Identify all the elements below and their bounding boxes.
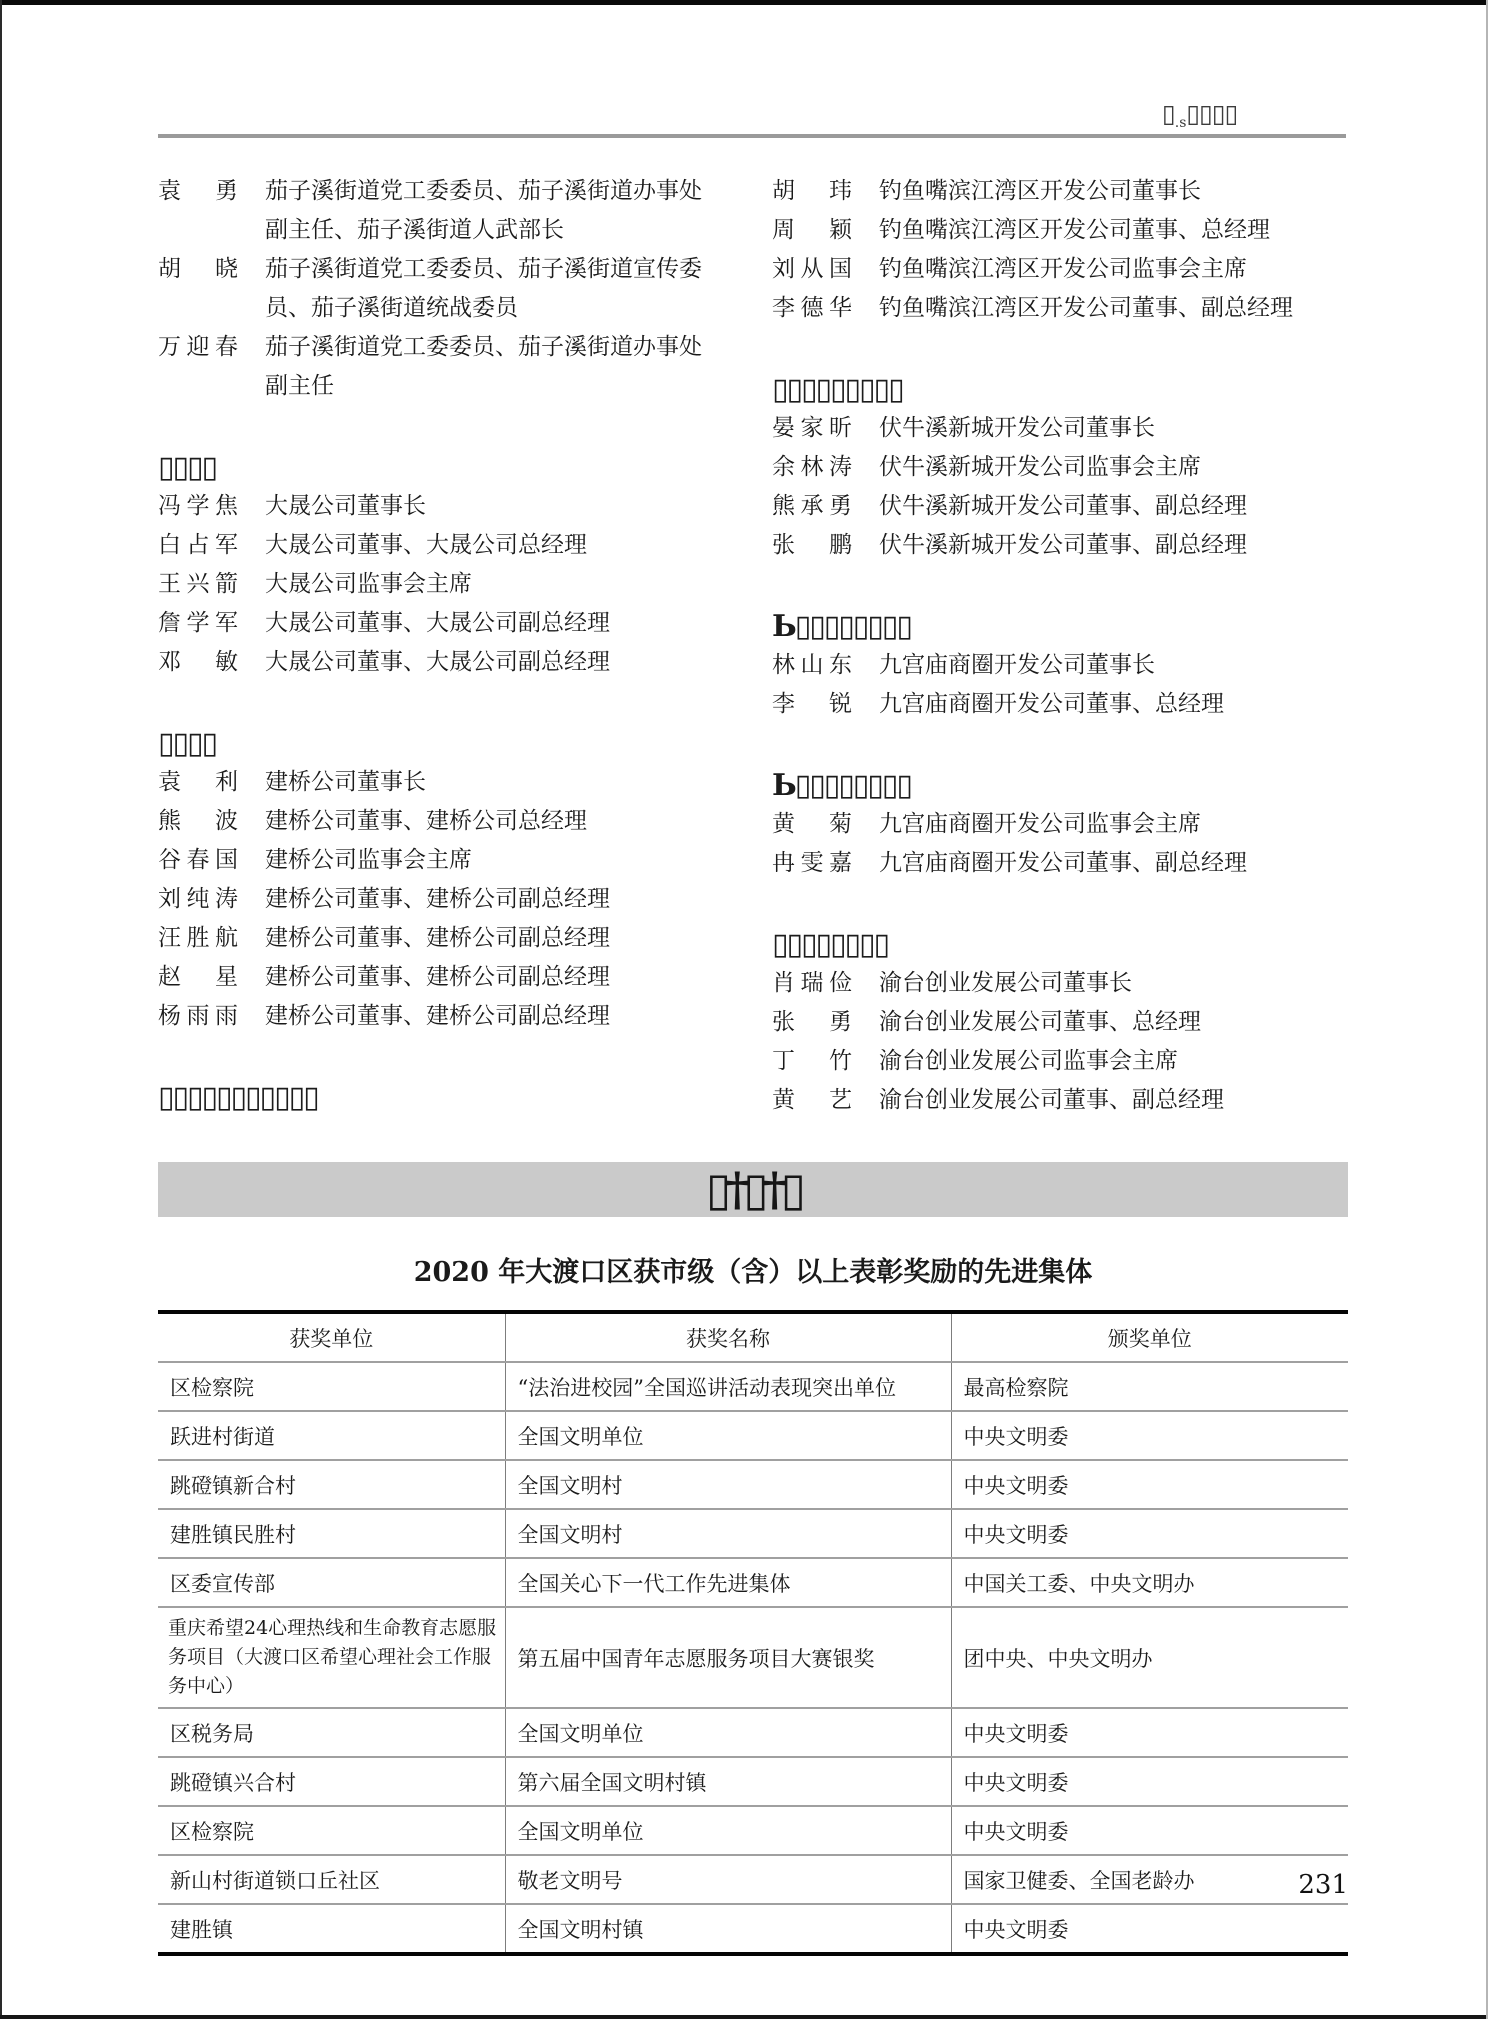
person-group: 袁 勇茄子溪街道党工委委员、茄子溪街道办事处副主任、茄子溪街道人武部长胡 晓茄子…	[158, 172, 718, 406]
column-header-unit: 获奖单位	[158, 1312, 505, 1362]
person-role: 大晟公司董事长	[265, 487, 718, 526]
person-name: 熊 波	[158, 802, 238, 841]
person-name: 周 颖	[772, 211, 852, 250]
person-entry: 汪胜航建桥公司董事、建桥公司副总经理	[158, 919, 718, 958]
person-entry: 刘从国钓鱼嘴滨江湾区开发公司监事会主席	[772, 250, 1348, 289]
person-role: 建桥公司董事、建桥公司副总经理	[265, 958, 718, 997]
person-name: 邓 敏	[158, 643, 238, 682]
person-name: 刘纯涛	[158, 880, 238, 919]
person-name: 王兴箭	[158, 565, 238, 604]
person-role: 渝台创业发展公司董事、总经理	[879, 1003, 1348, 1042]
running-header-box: ▯	[1162, 99, 1175, 128]
cell-unit: 区税务局	[158, 1708, 505, 1757]
person-role: 建桥公司董事、建桥公司副总经理	[265, 997, 718, 1036]
section-header: ▯▯▯▯▯▯▯▯▯	[772, 370, 1348, 409]
person-entry: 詹学军大晟公司董事、大晟公司副总经理	[158, 604, 718, 643]
person-name: 胡 晓	[158, 250, 238, 328]
person-role: 大晟公司监事会主席	[265, 565, 718, 604]
cell-issuer: 团中央、中央文明办	[951, 1607, 1348, 1708]
person-entry: 胡 晓茄子溪街道党工委委员、茄子溪街道宣传委员、茄子溪街道统战委员	[158, 250, 718, 328]
person-group: ▯▯▯▯袁 利建桥公司董事长熊 波建桥公司董事、建桥公司总经理谷春国建桥公司监事…	[158, 724, 718, 1036]
cell-award: 全国关心下一代工作先进集体	[505, 1558, 951, 1607]
person-name: 冯学焦	[158, 487, 238, 526]
person-role: 大晟公司董事、大晟公司副总经理	[265, 643, 718, 682]
table-row: 区委宣传部全国关心下一代工作先进集体中国关工委、中央文明办	[158, 1558, 1348, 1607]
person-role: 渝台创业发展公司董事、副总经理	[879, 1081, 1348, 1120]
person-role: 大晟公司董事、大晟公司总经理	[265, 526, 718, 565]
person-name: 刘从国	[772, 250, 852, 289]
person-entry: 丁 竹渝台创业发展公司监事会主席	[772, 1042, 1348, 1081]
person-name: 丁 竹	[772, 1042, 852, 1081]
awards-table: 获奖单位 获奖名称 颁奖单位 区检察院“法治进校园”全国巡讲活动表现突出单位最高…	[158, 1310, 1348, 1956]
awards-table-title: 2020 年大渡口区获市级（含）以上表彰奖励的先进集体	[158, 1253, 1348, 1292]
table-row: 跳磴镇兴合村第六届全国文明村镇中央文明委	[158, 1757, 1348, 1806]
cell-unit: 跃进村街道	[158, 1411, 505, 1460]
person-entry: 张 鹏伏牛溪新城开发公司董事、副总经理	[772, 526, 1348, 565]
person-name: 詹学军	[158, 604, 238, 643]
column-header-issuer: 颁奖单位	[951, 1312, 1348, 1362]
running-header-small-text: .s	[1175, 115, 1187, 131]
cell-award: 敬老文明号	[505, 1855, 951, 1904]
cell-issuer: 中央文明委	[951, 1904, 1348, 1954]
person-entry: 胡 玮钓鱼嘴滨江湾区开发公司董事长	[772, 172, 1348, 211]
cell-unit: 区委宣传部	[158, 1558, 505, 1607]
cell-unit: 重庆希望24心理热线和生命教育志愿服务项目（大渡口区希望心理社会工作服务中心）	[158, 1607, 505, 1708]
person-name: 黄 艺	[772, 1081, 852, 1120]
section-header: ▯▯▯▯▯▯▯▯	[772, 925, 1348, 964]
person-name: 张 鹏	[772, 526, 852, 565]
person-entry: 林山东九宫庙商圈开发公司董事长	[772, 646, 1348, 685]
cell-award: 第五届中国青年志愿服务项目大赛银奖	[505, 1607, 951, 1708]
header-rule	[158, 134, 1346, 138]
person-role: 建桥公司董事、建桥公司副总经理	[265, 880, 718, 919]
person-role: 建桥公司董事长	[265, 763, 718, 802]
person-entry: 谷春国建桥公司监事会主席	[158, 841, 718, 880]
person-role: 渝台创业发展公司监事会主席	[879, 1042, 1348, 1081]
person-entry: 熊 波建桥公司董事、建桥公司总经理	[158, 802, 718, 841]
cell-issuer: 中央文明委	[951, 1757, 1348, 1806]
person-entry: 杨雨雨建桥公司董事、建桥公司副总经理	[158, 997, 718, 1036]
cell-issuer: 中国关工委、中央文明办	[951, 1558, 1348, 1607]
person-role: 茄子溪街道党工委委员、茄子溪街道宣传委员、茄子溪街道统战委员	[265, 250, 718, 328]
person-name: 林山东	[772, 646, 852, 685]
cell-unit: 区检察院	[158, 1362, 505, 1411]
person-name: 熊承勇	[772, 487, 852, 526]
person-name: 胡 玮	[772, 172, 852, 211]
cell-award: 全国文明村	[505, 1509, 951, 1558]
person-entry: 周 颖钓鱼嘴滨江湾区开发公司董事、总经理	[772, 211, 1348, 250]
person-entry: 李 锐九宫庙商圈开发公司董事、总经理	[772, 685, 1348, 724]
person-name: 冉雯嘉	[772, 844, 852, 883]
person-entry: 袁 利建桥公司董事长	[158, 763, 718, 802]
person-entry: 熊承勇伏牛溪新城开发公司董事、副总经理	[772, 487, 1348, 526]
running-header: ▯.s▯▯▯▯	[1162, 99, 1352, 128]
cell-unit: 跳磴镇兴合村	[158, 1757, 505, 1806]
cell-unit: 新山村街道锁口丘社区	[158, 1855, 505, 1904]
person-group: ▯▯▯▯冯学焦大晟公司董事长白占军大晟公司董事、大晟公司总经理王兴箭大晟公司监事…	[158, 448, 718, 682]
person-role: 九宫庙商圈开发公司董事、副总经理	[879, 844, 1348, 883]
cell-issuer: 中央文明委	[951, 1806, 1348, 1855]
person-role: 伏牛溪新城开发公司董事、副总经理	[879, 526, 1348, 565]
person-entry: 肖瑞俭渝台创业发展公司董事长	[772, 964, 1348, 1003]
cell-unit: 跳磴镇新合村	[158, 1460, 505, 1509]
table-row: 跃进村街道全国文明单位中央文明委	[158, 1411, 1348, 1460]
person-role: 渝台创业发展公司董事长	[879, 964, 1348, 1003]
column-left: 袁 勇茄子溪街道党工委委员、茄子溪街道办事处副主任、茄子溪街道人武部长胡 晓茄子…	[158, 172, 718, 1120]
person-group: 胡 玮钓鱼嘴滨江湾区开发公司董事长周 颖钓鱼嘴滨江湾区开发公司董事、总经理刘从国…	[772, 172, 1348, 328]
page-edge-bottom	[0, 2015, 1488, 2019]
person-name: 汪胜航	[158, 919, 238, 958]
table-row: 建胜镇全国文明村镇中央文明委	[158, 1904, 1348, 1954]
person-entry: 余林涛伏牛溪新城开发公司监事会主席	[772, 448, 1348, 487]
person-entry: 邓 敏大晟公司董事、大晟公司副总经理	[158, 643, 718, 682]
person-entry: 袁 勇茄子溪街道党工委委员、茄子溪街道办事处副主任、茄子溪街道人武部长	[158, 172, 718, 250]
cell-award: 第六届全国文明村镇	[505, 1757, 951, 1806]
person-role: 九宫庙商圈开发公司董事长	[879, 646, 1348, 685]
table-row: 建胜镇民胜村全国文明村中央文明委	[158, 1509, 1348, 1558]
page-edge-left	[0, 0, 2, 2019]
person-name: 黄 菊	[772, 805, 852, 844]
section-header: Ь▯▯▯▯▯▯▯▯	[772, 766, 1348, 805]
table-row: 区税务局全国文明单位中央文明委	[158, 1708, 1348, 1757]
people-columns: 袁 勇茄子溪街道党工委委员、茄子溪街道办事处副主任、茄子溪街道人武部长胡 晓茄子…	[158, 172, 1348, 1120]
page-number: 231	[1240, 1870, 1348, 1900]
person-name: 赵 星	[158, 958, 238, 997]
person-group: Ь▯▯▯▯▯▯▯▯林山东九宫庙商圈开发公司董事长李 锐九宫庙商圈开发公司董事、总…	[772, 607, 1348, 724]
person-group: ▯▯▯▯▯▯▯▯▯▯▯	[158, 1078, 718, 1117]
person-role: 茄子溪街道党工委委员、茄子溪街道办事处副主任	[265, 328, 718, 406]
section-header: ▯▯▯▯	[158, 724, 718, 763]
table-row: 区检察院“法治进校园”全国巡讲活动表现突出单位最高检察院	[158, 1362, 1348, 1411]
section-header: ▯▯▯▯▯▯▯▯▯▯▯	[158, 1078, 718, 1117]
cell-award: 全国文明单位	[505, 1806, 951, 1855]
cell-issuer: 中央文明委	[951, 1411, 1348, 1460]
section-banner-title: ▯†▯†▯	[706, 1162, 800, 1217]
person-name: 余林涛	[772, 448, 852, 487]
awards-table-header-row: 获奖单位 获奖名称 颁奖单位	[158, 1312, 1348, 1362]
person-role: 钓鱼嘴滨江湾区开发公司监事会主席	[879, 250, 1348, 289]
section-banner: ▯†▯†▯	[158, 1162, 1348, 1217]
person-role: 钓鱼嘴滨江湾区开发公司董事长	[879, 172, 1348, 211]
person-entry: 刘纯涛建桥公司董事、建桥公司副总经理	[158, 880, 718, 919]
column-header-award: 获奖名称	[505, 1312, 951, 1362]
person-name: 谷春国	[158, 841, 238, 880]
person-entry: 晏家昕伏牛溪新城开发公司董事长	[772, 409, 1348, 448]
column-right: 胡 玮钓鱼嘴滨江湾区开发公司董事长周 颖钓鱼嘴滨江湾区开发公司董事、总经理刘从国…	[772, 172, 1348, 1120]
cell-issuer: 中央文明委	[951, 1708, 1348, 1757]
running-header-boxes: ▯▯▯▯	[1186, 99, 1237, 128]
person-name: 杨雨雨	[158, 997, 238, 1036]
person-entry: 王兴箭大晟公司监事会主席	[158, 565, 718, 604]
person-name: 晏家昕	[772, 409, 852, 448]
table-row: 重庆希望24心理热线和生命教育志愿服务项目（大渡口区希望心理社会工作服务中心）第…	[158, 1607, 1348, 1708]
awards-table-body: 区检察院“法治进校园”全国巡讲活动表现突出单位最高检察院跃进村街道全国文明单位中…	[158, 1362, 1348, 1954]
person-name: 万迎春	[158, 328, 238, 406]
table-row: 跳磴镇新合村全国文明村中央文明委	[158, 1460, 1348, 1509]
section-header: Ь▯▯▯▯▯▯▯▯	[772, 607, 1348, 646]
person-role: 建桥公司董事、建桥公司副总经理	[265, 919, 718, 958]
cell-award: 全国文明村	[505, 1460, 951, 1509]
person-role: 九宫庙商圈开发公司监事会主席	[879, 805, 1348, 844]
table-row: 区检察院全国文明单位中央文明委	[158, 1806, 1348, 1855]
person-group: ▯▯▯▯▯▯▯▯肖瑞俭渝台创业发展公司董事长张 勇渝台创业发展公司董事、总经理丁…	[772, 925, 1348, 1120]
cell-award: 全国文明单位	[505, 1708, 951, 1757]
person-group: ▯▯▯▯▯▯▯▯▯晏家昕伏牛溪新城开发公司董事长余林涛伏牛溪新城开发公司监事会主…	[772, 370, 1348, 565]
person-role: 建桥公司监事会主席	[265, 841, 718, 880]
person-name: 肖瑞俭	[772, 964, 852, 1003]
person-role: 大晟公司董事、大晟公司副总经理	[265, 604, 718, 643]
person-entry: 冯学焦大晟公司董事长	[158, 487, 718, 526]
document-page: ▯.s▯▯▯▯ 袁 勇茄子溪街道党工委委员、茄子溪街道办事处副主任、茄子溪街道人…	[0, 0, 1488, 2019]
person-name: 白占军	[158, 526, 238, 565]
person-role: 伏牛溪新城开发公司董事、副总经理	[879, 487, 1348, 526]
person-entry: 张 勇渝台创业发展公司董事、总经理	[772, 1003, 1348, 1042]
person-entry: 黄 艺渝台创业发展公司董事、副总经理	[772, 1081, 1348, 1120]
person-role: 钓鱼嘴滨江湾区开发公司董事、副总经理	[879, 289, 1348, 328]
cell-award: 全国文明单位	[505, 1411, 951, 1460]
person-entry: 赵 星建桥公司董事、建桥公司副总经理	[158, 958, 718, 997]
person-group: Ь▯▯▯▯▯▯▯▯黄 菊九宫庙商圈开发公司监事会主席冉雯嘉九宫庙商圈开发公司董事…	[772, 766, 1348, 883]
person-name: 袁 勇	[158, 172, 238, 250]
page-edge-top	[0, 0, 1488, 5]
person-entry: 黄 菊九宫庙商圈开发公司监事会主席	[772, 805, 1348, 844]
cell-award: “法治进校园”全国巡讲活动表现突出单位	[505, 1362, 951, 1411]
person-role: 九宫庙商圈开发公司董事、总经理	[879, 685, 1348, 724]
person-name: 张 勇	[772, 1003, 852, 1042]
cell-unit: 建胜镇	[158, 1904, 505, 1954]
person-name: 李德华	[772, 289, 852, 328]
cell-issuer: 中央文明委	[951, 1509, 1348, 1558]
cell-unit: 建胜镇民胜村	[158, 1509, 505, 1558]
person-entry: 李德华钓鱼嘴滨江湾区开发公司董事、副总经理	[772, 289, 1348, 328]
cell-issuer: 中央文明委	[951, 1460, 1348, 1509]
person-role: 建桥公司董事、建桥公司总经理	[265, 802, 718, 841]
person-role: 伏牛溪新城开发公司董事长	[879, 409, 1348, 448]
cell-unit: 区检察院	[158, 1806, 505, 1855]
person-role: 伏牛溪新城开发公司监事会主席	[879, 448, 1348, 487]
person-name: 李 锐	[772, 685, 852, 724]
cell-award: 全国文明村镇	[505, 1904, 951, 1954]
person-entry: 白占军大晟公司董事、大晟公司总经理	[158, 526, 718, 565]
cell-issuer: 最高检察院	[951, 1362, 1348, 1411]
person-entry: 冉雯嘉九宫庙商圈开发公司董事、副总经理	[772, 844, 1348, 883]
person-name: 袁 利	[158, 763, 238, 802]
person-role: 钓鱼嘴滨江湾区开发公司董事、总经理	[879, 211, 1348, 250]
person-role: 茄子溪街道党工委委员、茄子溪街道办事处副主任、茄子溪街道人武部长	[265, 172, 718, 250]
section-header: ▯▯▯▯	[158, 448, 718, 487]
table-row: 新山村街道锁口丘社区敬老文明号国家卫健委、全国老龄办	[158, 1855, 1348, 1904]
person-entry: 万迎春茄子溪街道党工委委员、茄子溪街道办事处副主任	[158, 328, 718, 406]
